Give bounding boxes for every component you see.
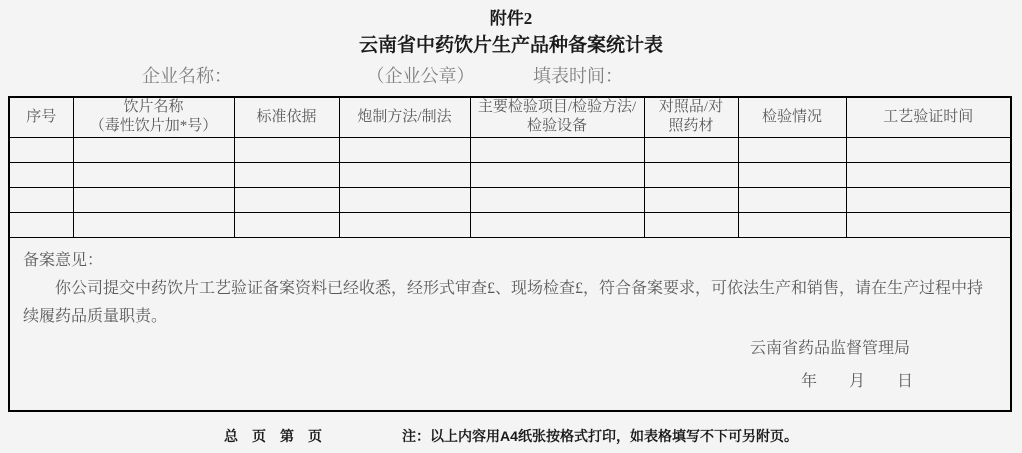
table-row [9,187,1011,212]
empty-cell [470,187,644,212]
col-header-test-status: 检验情况 [738,97,846,137]
empty-cell [738,137,846,162]
attachment-label: 附件2 [0,0,1022,29]
empty-cell [846,137,1011,162]
empty-cell [470,212,644,237]
print-note: 注：以上内容用A4纸张按格式打印，如表格填写不下可另附页。 [402,428,798,444]
empty-cell [339,137,470,162]
col-header-reference: 对照品/对 照药材 [644,97,738,137]
authority-name: 云南省药品监督管理局 [10,335,1010,358]
empty-cell [9,162,73,187]
empty-cell [9,212,73,237]
empty-cell [9,187,73,212]
empty-cell [846,162,1011,187]
filing-statistics-table: 序号 饮片名称 （毒性饮片加*号） 标准依据 炮制方法/制法 主要检验项目/检验… [8,96,1012,412]
table-row [9,137,1011,162]
empty-cell [846,187,1011,212]
empty-cell [73,212,234,237]
empty-cell [644,187,738,212]
table-row [9,212,1011,237]
empty-cell [234,137,339,162]
remark-row: 备案意见： 你公司提交中药饮片工艺验证备案资料已经收悉，经形式审查£、现场检查£… [9,237,1011,411]
empty-cell [339,187,470,212]
col-header-method: 炮制方法/制法 [339,97,470,137]
empty-cell [73,162,234,187]
page-count-label: 总 页 第 页 [224,428,322,444]
fill-time-label: 填表时间： [533,66,623,86]
empty-cell [644,137,738,162]
col-header-standard: 标准依据 [234,97,339,137]
col-header-seq: 序号 [9,97,73,137]
empty-cell [73,187,234,212]
footer: 总 页 第 页注：以上内容用A4纸张按格式打印，如表格填写不下可另附页。 [0,426,1022,446]
col-header-process-time: 工艺验证时间 [846,97,1011,137]
remark-label: 备案意见： [23,247,1010,270]
company-seal-label: （企业公章） [367,66,475,86]
col-header-inspection: 主要检验项目/检验方法/ 检验设备 [470,97,644,137]
empty-cell [470,162,644,187]
empty-cell [470,137,644,162]
document-page: 附件2 云南省中药饮片生产品种备案统计表 企业名称： （企业公章） 填表时间： … [0,0,1022,412]
empty-cell [846,212,1011,237]
date-line: 年 月 日 [10,368,1010,391]
remark-section: 备案意见： 你公司提交中药饮片工艺验证备案资料已经收悉，经形式审查£、现场检查£… [9,237,1011,411]
remark-body-text: 你公司提交中药饮片工艺验证备案资料已经收悉，经形式审查£、现场检查£，符合备案要… [23,275,997,331]
page-title: 云南省中药饮片生产品种备案统计表 [0,35,1022,57]
empty-cell [339,212,470,237]
table-row [9,162,1011,187]
col-header-piece-name: 饮片名称 （毒性饮片加*号） [73,97,234,137]
empty-cell [738,187,846,212]
empty-cell [73,137,234,162]
company-name-label: 企业名称： [142,66,232,86]
info-line: 企业名称： （企业公章） 填表时间： [0,64,1022,88]
empty-cell [234,212,339,237]
empty-cell [9,137,73,162]
empty-cell [644,212,738,237]
empty-cell [234,187,339,212]
table-header-row: 序号 饮片名称 （毒性饮片加*号） 标准依据 炮制方法/制法 主要检验项目/检验… [9,97,1011,137]
empty-cell [339,162,470,187]
empty-cell [738,212,846,237]
empty-cell [738,162,846,187]
empty-cell [644,162,738,187]
empty-cell [234,162,339,187]
